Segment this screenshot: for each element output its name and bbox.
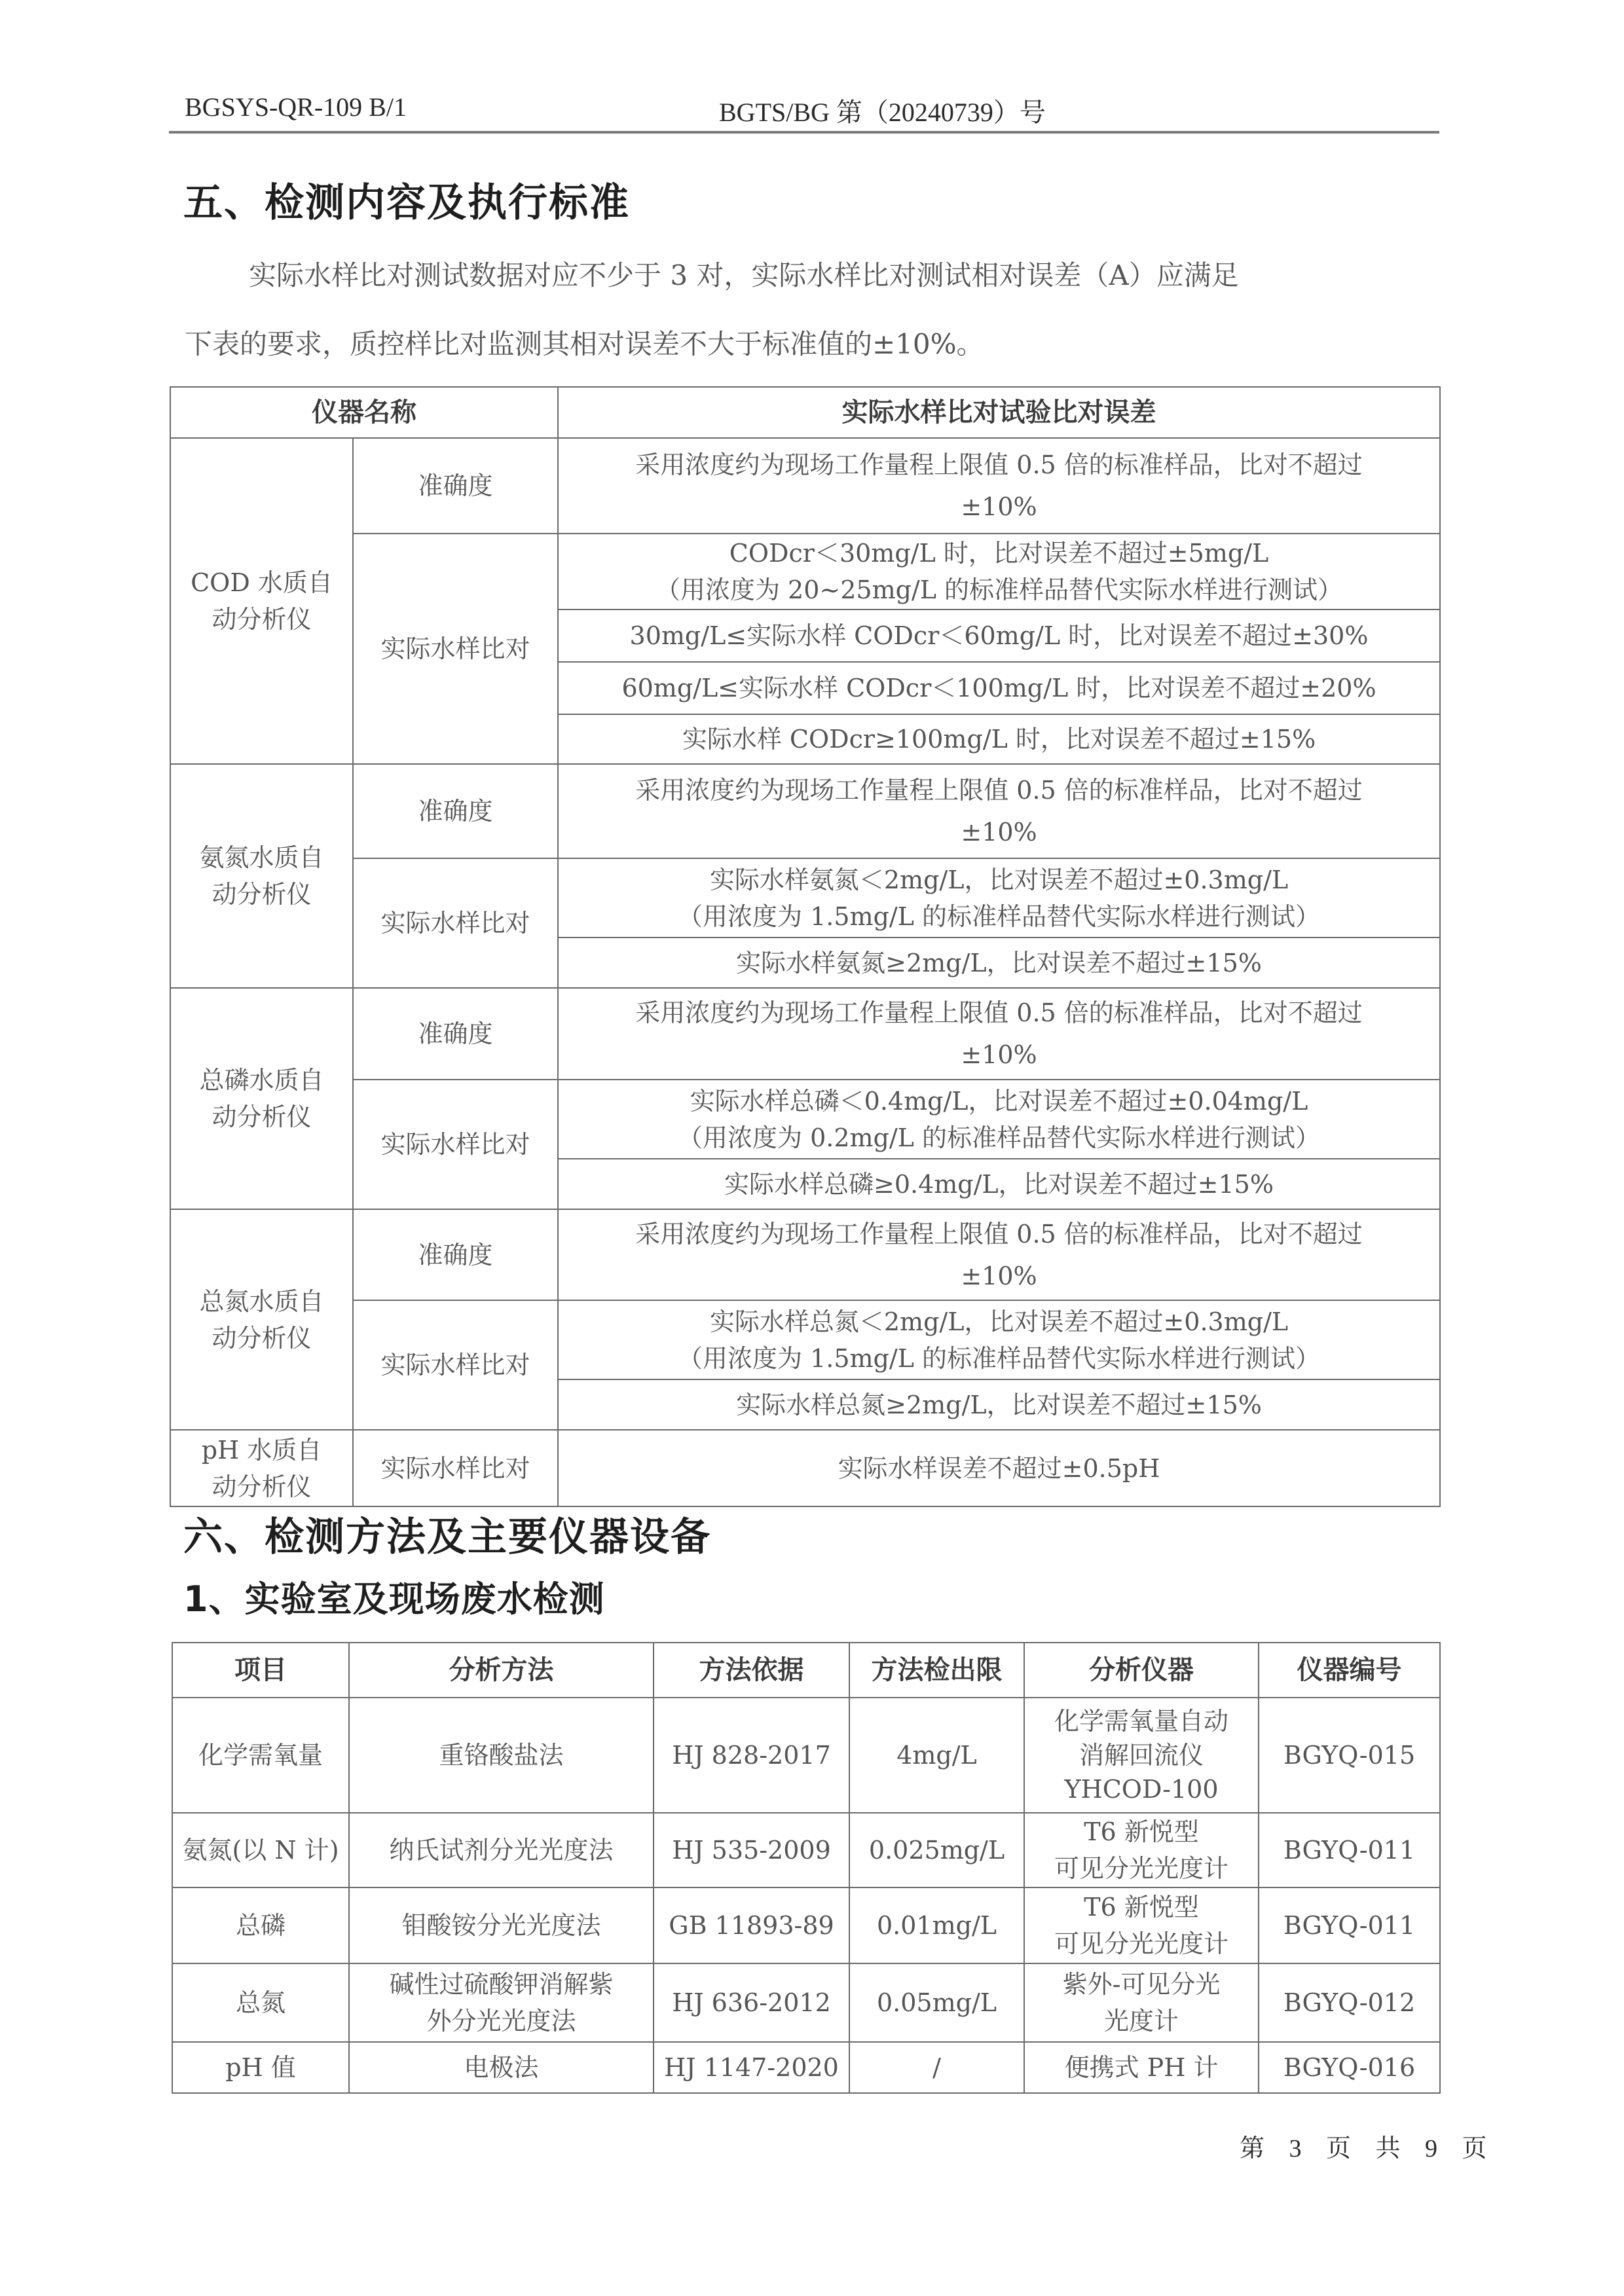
comparison-criteria-cell-text: 实际水样总磷＜0.4mg/L，比对误差不超过±0.04mg/L bbox=[690, 1083, 1308, 1120]
form-code: BGSYS-QR-109 B/1 bbox=[185, 92, 407, 122]
accuracy-criteria-cell-text: 采用浓度约为现场工作量程上限值 0.5 倍的标准样品，比对不超过 bbox=[635, 444, 1363, 486]
code-cell: BGYQ-011 bbox=[1258, 1887, 1441, 1964]
comparison-criteria-cell-text: 实际水样 CODcr≥100mg/L 时，比对误差不超过±15% bbox=[682, 721, 1316, 757]
comparison-criteria-cell-text: （用浓度为 1.5mg/L 的标准样品替代实际水样进行测试） bbox=[678, 898, 1320, 935]
accuracy-criteria-cell-text: ±10% bbox=[961, 1034, 1037, 1076]
accuracy-label-cell-text: 准确度 bbox=[418, 467, 492, 504]
instrument-cell-text: 化学需氧量自动 bbox=[1054, 1704, 1228, 1738]
limit-cell: 4mg/L bbox=[849, 1697, 1025, 1813]
accuracy-label-cell: 准确度 bbox=[352, 1209, 559, 1301]
comparison-criteria-cell: 实际水样总磷≥0.4mg/L，比对误差不超过±15% bbox=[557, 1158, 1441, 1210]
basis-cell: HJ 828-2017 bbox=[653, 1697, 850, 1813]
code-cell-text: BGYQ-011 bbox=[1283, 1907, 1415, 1944]
comparison-criteria-cell: 实际水样总氮≥2mg/L，比对误差不超过±15% bbox=[557, 1379, 1441, 1430]
basis-cell-text: HJ 828-2017 bbox=[672, 1737, 831, 1774]
section6-title: 六、检测方法及主要仪器设备 bbox=[183, 1506, 711, 1562]
method-cell-text: 重铬酸盐法 bbox=[439, 1737, 563, 1774]
comparison-label-cell-text: 实际水样比对 bbox=[380, 1347, 530, 1383]
method-cell: 电极法 bbox=[348, 2041, 654, 2094]
section5-paragraph-line2: 下表的要求，质控样比对监测其相对误差不大于标准值的±10%。 bbox=[185, 308, 984, 381]
method-cell: 重铬酸盐法 bbox=[348, 1697, 654, 1813]
accuracy-criteria-cell: 采用浓度约为现场工作量程上限值 0.5 倍的标准样品，比对不超过±10% bbox=[557, 763, 1441, 859]
comparison-criteria-cell-text: 60mg/L≤实际水样 CODcr＜100mg/L 时，比对误差不超过±20% bbox=[621, 670, 1376, 706]
instrument-cell: 紫外-可见分光光度计 bbox=[1024, 1963, 1259, 2043]
accuracy-criteria-cell: 采用浓度约为现场工作量程上限值 0.5 倍的标准样品，比对不超过±10% bbox=[557, 987, 1441, 1080]
method-cell-text: 钼酸铵分光光度法 bbox=[401, 1907, 600, 1944]
comparison-label-cell-text: 实际水样比对 bbox=[380, 1126, 530, 1163]
accuracy-criteria-cell-text: ±10% bbox=[961, 486, 1037, 528]
limit-cell: 0.025mg/L bbox=[849, 1812, 1025, 1888]
comparison-criteria-cell-text: 30mg/L≤实际水样 CODcr＜60mg/L 时，比对误差不超过±30% bbox=[630, 617, 1369, 654]
header-instrument-text: 分析仪器 bbox=[1089, 1652, 1194, 1688]
header-method: 分析方法 bbox=[348, 1642, 654, 1698]
code-cell-text: BGYQ-015 bbox=[1283, 1737, 1415, 1774]
instrument-cell: 便携式 PH 计 bbox=[1024, 2041, 1259, 2094]
header-code: 仪器编号 bbox=[1258, 1642, 1441, 1698]
limit-cell: 0.05mg/L bbox=[849, 1963, 1025, 2043]
code-cell-text: BGYQ-011 bbox=[1283, 1832, 1415, 1868]
limit-cell: 0.01mg/L bbox=[849, 1887, 1025, 1964]
method-cell-text: 外分光光度法 bbox=[426, 2003, 576, 2039]
instrument-cell-text: YHCOD-100 bbox=[1065, 1772, 1219, 1806]
instrument-name-cell: 总磷水质自动分析仪 bbox=[170, 987, 354, 1210]
basis-cell-text: GB 11893-89 bbox=[669, 1907, 834, 1944]
comparison-criteria-cell-text: 实际水样误差不超过±0.5pH bbox=[838, 1450, 1160, 1487]
header-item: 项目 bbox=[172, 1642, 350, 1698]
comparison-criteria-cell-text: 实际水样总氮＜2mg/L，比对误差不超过±0.3mg/L bbox=[710, 1303, 1288, 1340]
comparison-criteria-cell-text: 实际水样氨氮＜2mg/L，比对误差不超过±0.3mg/L bbox=[710, 862, 1288, 898]
limit-cell-text: 4mg/L bbox=[896, 1737, 977, 1774]
method-cell-text: 碱性过硫酸钾消解紫 bbox=[389, 1966, 613, 2003]
comparison-label-cell: 实际水样比对 bbox=[352, 1300, 559, 1430]
limit-cell-text: / bbox=[932, 2049, 941, 2086]
comparison-criteria-cell: 实际水样氨氮＜2mg/L，比对误差不超过±0.3mg/L（用浓度为 1.5mg/… bbox=[557, 858, 1441, 938]
instrument-name-cell-text: 动分析仪 bbox=[212, 876, 311, 913]
method-cell: 碱性过硫酸钾消解紫外分光光度法 bbox=[348, 1963, 654, 2043]
instrument-cell-text: T6 新悦型 bbox=[1084, 1889, 1199, 1925]
comparison-label-cell: 实际水样比对 bbox=[352, 1079, 559, 1210]
header-instrument-name: 仪器名称 bbox=[170, 386, 559, 439]
header-basis-text: 方法依据 bbox=[699, 1652, 804, 1688]
header-comparison-error: 实际水样比对试验比对误差 bbox=[557, 386, 1441, 439]
comparison-label-cell-text: 实际水样比对 bbox=[380, 905, 530, 941]
accuracy-criteria-cell-text: ±10% bbox=[961, 1255, 1037, 1297]
comparison-criteria-cell: 60mg/L≤实际水样 CODcr＜100mg/L 时，比对误差不超过±20% bbox=[557, 661, 1441, 715]
instrument-name-cell: 氨氮水质自动分析仪 bbox=[170, 763, 354, 989]
accuracy-label-cell: 准确度 bbox=[352, 763, 559, 859]
item-cell-text: 总磷 bbox=[236, 1907, 286, 1944]
basis-cell-text: HJ 636-2012 bbox=[672, 1984, 831, 2021]
section5-title: 五、检测内容及执行标准 bbox=[183, 172, 630, 228]
comparison-criteria-cell-text: 实际水样氨氮≥2mg/L，比对误差不超过±15% bbox=[736, 945, 1262, 981]
item-cell-text: 氨氮(以 N 计) bbox=[182, 1832, 339, 1868]
accuracy-criteria-cell-text: 采用浓度约为现场工作量程上限值 0.5 倍的标准样品，比对不超过 bbox=[635, 769, 1363, 811]
item-cell: pH 值 bbox=[172, 2041, 350, 2094]
header-method-text: 分析方法 bbox=[449, 1652, 554, 1688]
item-cell-text: 化学需氧量 bbox=[198, 1737, 323, 1774]
comparison-criteria-cell-text: 实际水样总氮≥2mg/L，比对误差不超过±15% bbox=[736, 1387, 1262, 1423]
comparison-criteria-cell: 实际水样误差不超过±0.5pH bbox=[557, 1429, 1441, 1507]
instrument-cell-text: 消解回流仪 bbox=[1079, 1738, 1204, 1772]
instrument-cell-text: T6 新悦型 bbox=[1084, 1813, 1199, 1850]
instrument-cell: T6 新悦型可见分光光度计 bbox=[1024, 1887, 1259, 1964]
accuracy-label-cell: 准确度 bbox=[352, 437, 559, 534]
section5-paragraph-line1: 实际水样比对测试数据对应不少于 3 对，实际水样比对测试相对误差（A）应满足 bbox=[249, 239, 1239, 312]
basis-cell-text: HJ 1147-2020 bbox=[664, 2049, 839, 2086]
instrument-name-cell: 总氮水质自动分析仪 bbox=[170, 1209, 354, 1430]
code-cell: BGYQ-015 bbox=[1258, 1697, 1441, 1813]
code-cell: BGYQ-016 bbox=[1258, 2041, 1441, 2094]
header-code-text: 仪器编号 bbox=[1297, 1652, 1402, 1688]
comparison-criteria-cell: 实际水样 CODcr≥100mg/L 时，比对误差不超过±15% bbox=[557, 714, 1441, 765]
comparison-label-cell: 实际水样比对 bbox=[352, 858, 559, 989]
header-comparison-error-text: 实际水样比对试验比对误差 bbox=[842, 394, 1156, 431]
limit-cell: / bbox=[849, 2041, 1025, 2094]
basis-cell: HJ 535-2009 bbox=[653, 1812, 850, 1888]
comparison-criteria-cell: 实际水样总磷＜0.4mg/L，比对误差不超过±0.04mg/L（用浓度为 0.2… bbox=[557, 1079, 1441, 1159]
accuracy-label-cell: 准确度 bbox=[352, 987, 559, 1080]
accuracy-label-cell-text: 准确度 bbox=[418, 1237, 492, 1273]
instrument-name-cell-text: COD 水质自 bbox=[191, 564, 333, 601]
comparison-criteria-cell: 实际水样氨氮≥2mg/L，比对误差不超过±15% bbox=[557, 937, 1441, 989]
basis-cell: HJ 636-2012 bbox=[653, 1963, 850, 2043]
instrument-name-cell: pH 水质自动分析仪 bbox=[170, 1429, 354, 1507]
method-cell-text: 电极法 bbox=[464, 2049, 538, 2086]
comparison-criteria-cell-text: （用浓度为 1.5mg/L 的标准样品替代实际水样进行测试） bbox=[678, 1340, 1320, 1377]
instrument-cell: T6 新悦型可见分光光度计 bbox=[1024, 1812, 1259, 1888]
comparison-label-cell-text: 实际水样比对 bbox=[380, 1450, 530, 1487]
method-cell: 纳氏试剂分光光度法 bbox=[348, 1812, 654, 1888]
comparison-label-cell-text: 实际水样比对 bbox=[380, 630, 530, 667]
header-divider bbox=[169, 131, 1439, 134]
basis-cell: GB 11893-89 bbox=[653, 1887, 850, 1964]
item-cell: 总氮 bbox=[172, 1963, 350, 2043]
code-cell-text: BGYQ-012 bbox=[1283, 1984, 1415, 2021]
instrument-name-cell-text: pH 水质自 bbox=[202, 1432, 322, 1468]
instrument-name-cell-text: 总氮水质自 bbox=[199, 1283, 323, 1320]
instrument-cell-text: 便携式 PH 计 bbox=[1065, 2049, 1219, 2086]
accuracy-criteria-cell: 采用浓度约为现场工作量程上限值 0.5 倍的标准样品，比对不超过±10% bbox=[557, 1209, 1441, 1301]
code-cell: BGYQ-011 bbox=[1258, 1812, 1441, 1888]
instrument-cell-text: 可见分光光度计 bbox=[1054, 1925, 1228, 1962]
instrument-cell-text: 紫外-可见分光 bbox=[1063, 1966, 1221, 2003]
basis-cell: HJ 1147-2020 bbox=[653, 2041, 850, 2094]
comparison-criteria-cell-text: （用浓度为 20~25mg/L 的标准样品替代实际水样进行测试） bbox=[655, 572, 1342, 608]
limit-cell-text: 0.025mg/L bbox=[869, 1832, 1005, 1868]
page-indicator: 第 3 页 共 9 页 bbox=[1240, 2128, 1496, 2164]
item-cell: 总磷 bbox=[172, 1887, 350, 1964]
item-cell: 化学需氧量 bbox=[172, 1697, 350, 1813]
comparison-label-cell: 实际水样比对 bbox=[352, 533, 559, 765]
method-cell: 钼酸铵分光光度法 bbox=[348, 1887, 654, 1964]
limit-cell-text: 0.05mg/L bbox=[877, 1984, 997, 2021]
instrument-name-cell-text: 动分析仪 bbox=[212, 1099, 311, 1135]
report-number: BGTS/BG 第（20240739）号 bbox=[719, 92, 1046, 129]
accuracy-label-cell-text: 准确度 bbox=[418, 793, 492, 829]
instrument-cell-text: 可见分光光度计 bbox=[1054, 1850, 1228, 1887]
accuracy-criteria-cell-text: ±10% bbox=[961, 811, 1037, 853]
instrument-name-cell-text: 动分析仪 bbox=[212, 1468, 311, 1505]
header-limit-text: 方法检出限 bbox=[872, 1652, 1003, 1688]
comparison-criteria-cell: 30mg/L≤实际水样 CODcr＜60mg/L 时，比对误差不超过±30% bbox=[557, 609, 1441, 663]
header-basis: 方法依据 bbox=[653, 1642, 850, 1698]
accuracy-criteria-cell-text: 采用浓度约为现场工作量程上限值 0.5 倍的标准样品，比对不超过 bbox=[635, 992, 1363, 1034]
limit-cell-text: 0.01mg/L bbox=[877, 1907, 997, 1944]
section6-subtitle: 1、实验室及现场废水检测 bbox=[183, 1571, 605, 1622]
comparison-criteria-cell: CODcr＜30mg/L 时，比对误差不超过±5mg/L（用浓度为 20~25m… bbox=[557, 533, 1441, 610]
accuracy-criteria-cell-text: 采用浓度约为现场工作量程上限值 0.5 倍的标准样品，比对不超过 bbox=[635, 1213, 1363, 1255]
code-cell: BGYQ-012 bbox=[1258, 1963, 1441, 2043]
instrument-name-cell-text: 氨氮水质自 bbox=[199, 839, 323, 876]
instrument-name-cell-text: 动分析仪 bbox=[212, 601, 311, 638]
instrument-cell: 化学需氧量自动消解回流仪YHCOD-100 bbox=[1024, 1697, 1259, 1813]
comparison-criteria-cell-text: （用浓度为 0.2mg/L 的标准样品替代实际水样进行测试） bbox=[678, 1120, 1320, 1156]
comparison-criteria-cell-text: 实际水样总磷≥0.4mg/L，比对误差不超过±15% bbox=[724, 1166, 1274, 1203]
header-instrument: 分析仪器 bbox=[1024, 1642, 1259, 1698]
comparison-criteria-cell-text: CODcr＜30mg/L 时，比对误差不超过±5mg/L bbox=[729, 535, 1268, 572]
item-cell: 氨氮(以 N 计) bbox=[172, 1812, 350, 1888]
basis-cell-text: HJ 535-2009 bbox=[672, 1832, 831, 1868]
instrument-name-cell-text: 总磷水质自 bbox=[199, 1062, 323, 1099]
instrument-name-cell-text: 动分析仪 bbox=[212, 1320, 311, 1357]
comparison-criteria-cell: 实际水样总氮＜2mg/L，比对误差不超过±0.3mg/L（用浓度为 1.5mg/… bbox=[557, 1300, 1441, 1380]
header-instrument-name-text: 仪器名称 bbox=[312, 394, 416, 431]
accuracy-label-cell-text: 准确度 bbox=[418, 1015, 492, 1052]
header-item-text: 项目 bbox=[234, 1652, 287, 1688]
code-cell-text: BGYQ-016 bbox=[1283, 2049, 1415, 2086]
item-cell-text: 总氮 bbox=[236, 1984, 286, 2021]
item-cell-text: pH 值 bbox=[225, 2049, 296, 2086]
instrument-name-cell: COD 水质自动分析仪 bbox=[170, 437, 354, 765]
method-cell-text: 纳氏试剂分光光度法 bbox=[389, 1832, 613, 1868]
header-limit: 方法检出限 bbox=[849, 1642, 1025, 1698]
accuracy-criteria-cell: 采用浓度约为现场工作量程上限值 0.5 倍的标准样品，比对不超过±10% bbox=[557, 437, 1441, 534]
instrument-cell-text: 光度计 bbox=[1104, 2003, 1179, 2039]
comparison-label-cell: 实际水样比对 bbox=[352, 1429, 559, 1507]
